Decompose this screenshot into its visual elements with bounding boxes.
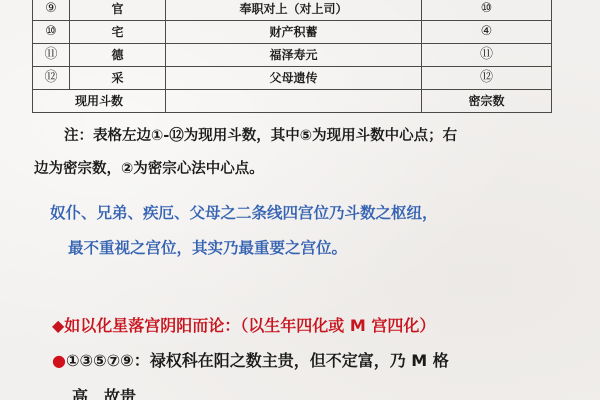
section-heading: ◆如以化星落宫阴阳而论：（以生年四化或 M 宫四化） bbox=[52, 313, 435, 336]
highlight-line-2: 最不重视之宫位，其实乃最重要之宫位。 bbox=[68, 236, 347, 258]
palace-name: 采 bbox=[70, 67, 166, 90]
footer-empty-cell bbox=[166, 90, 422, 113]
table-row: ⑪ 德 福泽寿元 ⑪ bbox=[33, 44, 552, 67]
table-row: ⑩ 宅 财产积蓄 ④ bbox=[33, 21, 552, 44]
esoteric-number: ④ bbox=[422, 21, 552, 44]
current-number: ⑩ bbox=[33, 21, 70, 44]
palace-description: 奉职对上（对上司） bbox=[166, 0, 422, 21]
current-number: ⑨ bbox=[33, 0, 70, 21]
current-number: ⑫ bbox=[33, 67, 70, 90]
bullet-dot-icon: ● bbox=[52, 351, 66, 370]
note-line-2: 边为密宗数，②为密宗心法中心点。 bbox=[34, 157, 264, 178]
note-line-1: 注：表格左边①-⑫为现用斗数，其中⑤为现用斗数中心点；右 bbox=[64, 124, 457, 145]
bullet-text-line-1: ①③⑤⑦⑨：禄权科在阳之数主贵，但不定富，乃 M 格 bbox=[66, 351, 449, 370]
esoteric-number: ⑫ bbox=[422, 67, 552, 90]
esoteric-number: ⑪ bbox=[422, 44, 552, 67]
table-row: ⑨ 官 奉职对上（对上司） ⑩ bbox=[33, 0, 552, 21]
bullet-item: ●①③⑤⑦⑨：禄权科在阳之数主贵，但不定富，乃 M 格 bbox=[52, 348, 449, 371]
palace-description: 财产积蓄 bbox=[166, 21, 422, 44]
palace-description: 福泽寿元 bbox=[166, 44, 422, 67]
highlight-line-1: 奴仆、兄弟、疾厄、父母之二条线四宫位乃斗数之枢纽， bbox=[50, 201, 438, 223]
table-footer-row: 现用斗数 密宗数 bbox=[33, 90, 552, 113]
palace-name: 宅 bbox=[70, 21, 166, 44]
palace-description: 父母遗传 bbox=[166, 67, 422, 90]
esoteric-number: ⑩ bbox=[422, 0, 552, 21]
palace-name: 官 bbox=[70, 0, 166, 21]
current-number: ⑪ bbox=[33, 44, 70, 67]
palace-name: 德 bbox=[70, 44, 166, 67]
palace-table: ⑨ 官 奉职对上（对上司） ⑩ ⑩ 宅 财产积蓄 ④ ⑪ 德 福泽寿元 ⑪ ⑫ … bbox=[32, 0, 552, 113]
table-row: ⑫ 采 父母遗传 ⑫ bbox=[33, 67, 552, 90]
bullet-text-line-2: 高，故贵 bbox=[72, 384, 136, 400]
footer-current-label: 现用斗数 bbox=[33, 90, 166, 113]
footer-esoteric-label: 密宗数 bbox=[422, 90, 552, 113]
